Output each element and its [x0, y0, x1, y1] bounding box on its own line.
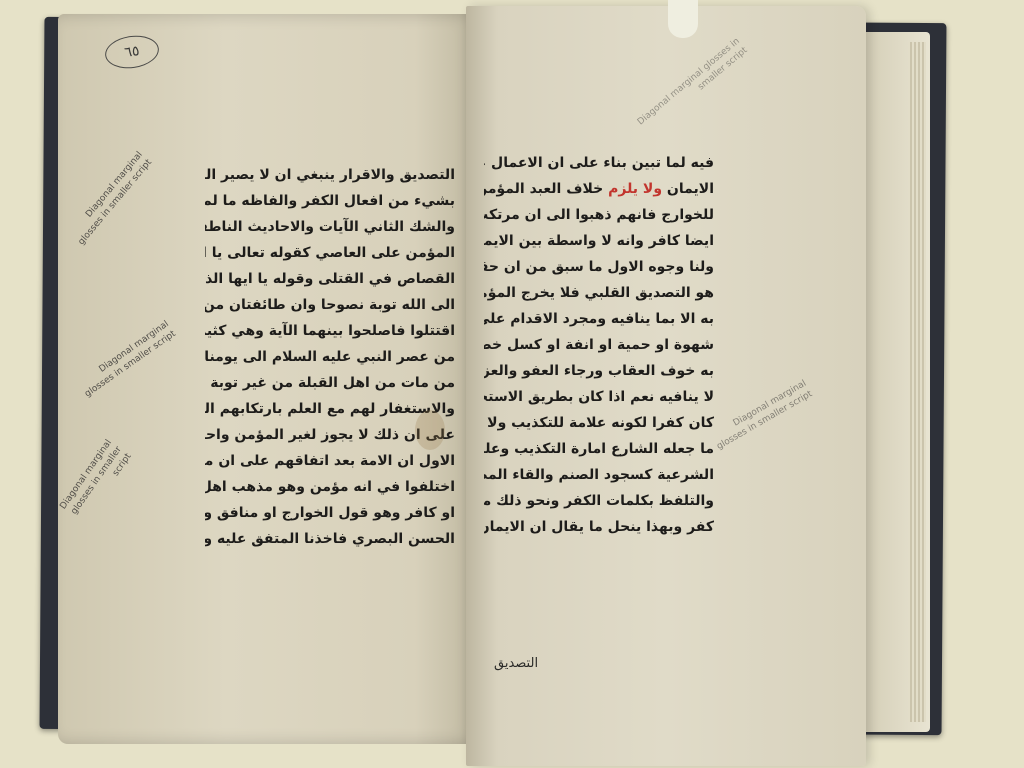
right-page-text: فيه لما تبين بناء على ان الاعمال عنده جز… [484, 150, 714, 540]
text-line: اقتتلوا فاصلحوا بينهما الآية وهي كثيرة ا… [205, 318, 455, 344]
text-line: الشرعية كسجود الصنم والقاء المصحف في الق… [484, 462, 714, 488]
text-line: كان كفرا لكونه علامة للتكذيب ولا نزاع في… [484, 410, 714, 436]
text-line: ما جعله الشارع امارة التكذيب وعلم كونه ك… [484, 436, 714, 462]
text-line: شهوة او حمية او انفة او كسل خصوصا اذا اق… [484, 332, 714, 358]
text-line: الاول ان الامة بعد اتفاقهم على ان مرتكب … [205, 448, 455, 474]
text-line: من مات من اهل القبلة من غير توبة والدعاء… [205, 370, 455, 396]
text-line: من عصر النبي عليه السلام الى يومنا هذا ب… [205, 344, 455, 370]
paper-stain [415, 410, 445, 450]
text-line: ايضا كافر وانه لا واسطة بين الايمان والك… [484, 228, 714, 254]
text-line: لا ينافيه نعم اذا كان بطريق الاستحلال وا… [484, 384, 714, 410]
text-line: به الا بما ينافيه ومجرد الاقدام على الكب… [484, 306, 714, 332]
text-line: او كافر وهو قول الخوارج او منافق وهو قول [205, 500, 455, 526]
text-line: هو التصديق القلبي فلا يخرج المؤمن عن الا… [484, 280, 714, 306]
red-rubric: ولا يلزم [608, 181, 662, 197]
text-line: والشك الثاني الآيات والاحاديث الناطقة با… [205, 214, 455, 240]
left-page-text: التصديق والاقرار ينبغي ان لا يصير المقر … [205, 162, 455, 552]
text-line: كفر وبهذا ينحل ما يقال ان الايمان اذا كا… [484, 514, 714, 540]
catchword: التصديق [494, 656, 538, 671]
text-line: الحسن البصري فاخذنا المتفق عليه وتركنا ا… [205, 526, 455, 552]
text-line: ولنا وجوه الاول ما سبق من ان حقيقة الايم… [484, 254, 714, 280]
manuscript-photo: ٦٥ Diagonal marginal glosses in smaller … [0, 0, 1024, 768]
text-line: القصاص في القتلى وقوله يا ايها الذين آمن… [205, 266, 455, 292]
text-line-with-rubric: الايمان ولا يلزم خلاف العبد المؤمن في ال… [484, 176, 714, 202]
text-line: والتلفظ بكلمات الكفر ونحو ذلك مما ثبت با… [484, 488, 714, 514]
text-line: الى الله توبة نصوحا وان طائفتان من المؤم… [205, 292, 455, 318]
text-line: به خوف العقاب ورجاء العفو والعزم على الت… [484, 358, 714, 384]
text-line: فيه لما تبين بناء على ان الاعمال عنده جز… [484, 150, 714, 176]
bookmark-tab [668, 0, 698, 38]
text-line: اختلفوا في انه مؤمن وهو مذهب اهل السنة و… [205, 474, 455, 500]
text-line: المؤمن على العاصي كقوله تعالى يا ايها ال… [205, 240, 455, 266]
text-line: بشيء من افعال الكفر والفاظه ما لم يتحقق … [205, 188, 455, 214]
text-line: للخوارج فانهم ذهبوا الى ان مرتكب الكبيرة… [484, 202, 714, 228]
text-line: التصديق والاقرار ينبغي ان لا يصير المقر … [205, 162, 455, 188]
